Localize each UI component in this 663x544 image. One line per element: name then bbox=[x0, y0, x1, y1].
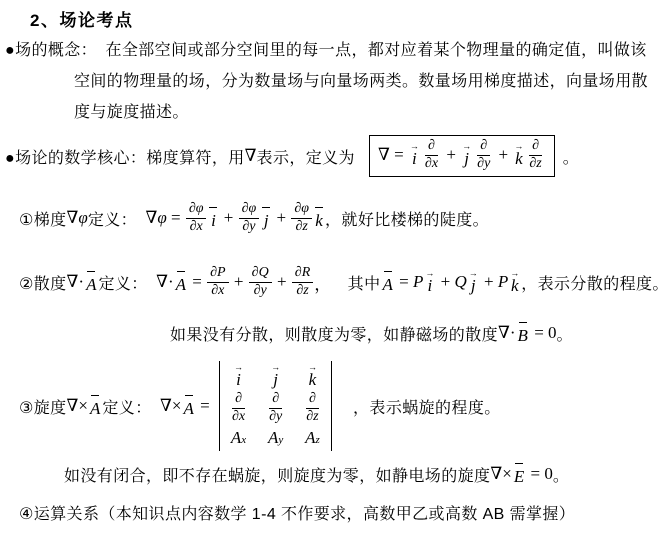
math-run: ∇·B = 0 bbox=[498, 322, 557, 344]
curl-definition-line: ③旋度∇×A定义： ∇×A = →i→j→k∂∂x∂∂y∂∂zAxAyAz ，表… bbox=[19, 360, 501, 452]
text-run: ，就好比楼梯的陡度。 bbox=[325, 207, 489, 230]
text-run: 如没有闭合，即不存在蜗旋，则旋度为零，如静电场的旋度 bbox=[64, 463, 490, 486]
math-run: ∇ bbox=[245, 146, 257, 166]
math-run: A = P→i + Q→j + P→k bbox=[380, 270, 521, 294]
text-run: 。 bbox=[553, 463, 569, 486]
text-run: 表示，定义为 bbox=[257, 145, 355, 168]
operation-relations-line: ④运算关系（本知识点内容数学 1-4 不作要求，高数甲乙或高数 AB 需掌握） bbox=[19, 500, 575, 524]
operation-relations-text: ④运算关系（本知识点内容数学 1-4 不作要求，高数甲乙或高数 AB 需掌握） bbox=[19, 501, 575, 524]
text-run: 。 bbox=[563, 145, 579, 168]
text-run: 定义： bbox=[98, 271, 156, 294]
math-run: ∇φ = ∂φ∂xi + ∂φ∂yj + ∂φ∂zk bbox=[145, 201, 325, 234]
text-run: ①梯度 bbox=[19, 207, 67, 230]
text-run: ●场论的数学核心：梯度算符，用 bbox=[5, 145, 245, 168]
text-run: ③旋度 bbox=[19, 395, 67, 418]
text-run: 定义： bbox=[88, 207, 146, 230]
text-run: 。 bbox=[557, 322, 573, 345]
concept-line-2-text: 空间的物理量的场，分为数量场与向量场两类。数量场用梯度描述，向量场用散 bbox=[74, 68, 648, 91]
divergence-note-line: 如果没有分散，则散度为零，如静磁场的散度∇·B = 0。 bbox=[170, 320, 573, 346]
boxed-formula: ∇ = →i∂∂x + →j∂∂y + →k∂∂z bbox=[369, 135, 555, 176]
math-run: ∇×A bbox=[67, 395, 103, 417]
document-page: 2、场论考点 ●场的概念： 在全部空间或部分空间里的每一点，都对应着某个物理量的… bbox=[0, 0, 663, 544]
math-run: ∇×A = →i→j→k∂∂x∂∂y∂∂zAxAyAz bbox=[160, 361, 337, 450]
concept-line-1-text: ●场的概念： 在全部空间或部分空间里的每一点，都对应着某个物理量的确定值，叫做该 bbox=[5, 37, 647, 60]
section-title: 2、场论考点 bbox=[30, 6, 133, 30]
math-run: ∇×E = 0 bbox=[490, 463, 552, 485]
text-run: 如果没有分散，则散度为零，如静磁场的散度 bbox=[170, 322, 498, 345]
text-run: 其中 bbox=[331, 271, 380, 294]
math-run: ∇·A bbox=[67, 271, 99, 293]
divergence-definition-line: ②散度∇·A定义： ∇·A = ∂P∂x + ∂Q∂y + ∂R∂z， 其中A … bbox=[19, 260, 663, 304]
concept-line-3-text: 度与旋度描述。 bbox=[74, 99, 189, 122]
determinant-matrix: →i→j→k∂∂x∂∂y∂∂zAxAyAz bbox=[219, 361, 332, 450]
text-run: ，表示蜗旋的程度。 bbox=[337, 395, 501, 418]
math-run: ∇φ bbox=[67, 208, 88, 228]
nabla-definition-line: ●场论的数学核心：梯度算符，用∇表示，定义为∇ = →i∂∂x + →j∂∂y … bbox=[5, 134, 579, 178]
concept-paragraph-line-1: ●场的概念： 在全部空间或部分空间里的每一点，都对应着某个物理量的确定值，叫做该 bbox=[5, 36, 647, 60]
concept-paragraph-line-2: 空间的物理量的场，分为数量场与向量场两类。数量场用梯度描述，向量场用散 bbox=[74, 67, 648, 91]
text-run: ②散度 bbox=[19, 271, 67, 294]
concept-paragraph-line-3: 度与旋度描述。 bbox=[74, 98, 189, 122]
math-run: ∇·A = ∂P∂x + ∂Q∂y + ∂R∂z， bbox=[156, 265, 331, 298]
curl-note-line: 如没有闭合，即不存在蜗旋，则旋度为零，如静电场的旋度∇×E = 0。 bbox=[64, 461, 569, 487]
gradient-definition-line: ①梯度∇φ定义： ∇φ = ∂φ∂xi + ∂φ∂yj + ∂φ∂zk，就好比楼… bbox=[19, 196, 489, 240]
text-run: ，表示分散的程度。 bbox=[521, 271, 663, 294]
section-title-text: 2、场论考点 bbox=[30, 6, 133, 31]
text-run: 定义： bbox=[102, 395, 160, 418]
